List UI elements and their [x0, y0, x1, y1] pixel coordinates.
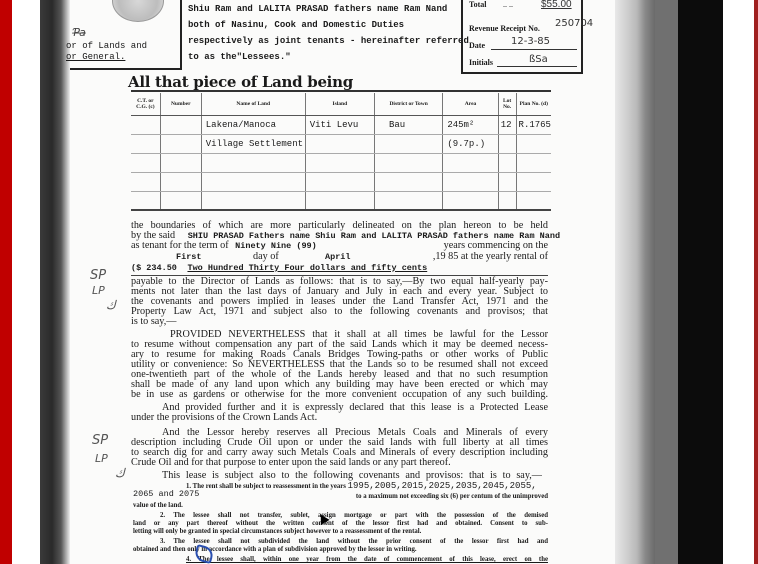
- right-red-border: [754, 0, 758, 564]
- col-ct-cg: C.T. or C.G. (c): [131, 93, 160, 115]
- cell: [160, 115, 201, 134]
- receipt-box: Total .. .. $55.00 Revenue Receipt No. 2…: [461, 0, 583, 74]
- lessee-line: Shiu Ram and LALITA PRASAD fathers name …: [188, 1, 469, 17]
- cell: [131, 153, 160, 172]
- table-row: Village Settlement (9.7p.): [131, 134, 551, 153]
- cell: [374, 172, 442, 191]
- term-value: Ninety Nine (99): [235, 241, 317, 251]
- cell-area: (9.7p.): [443, 134, 498, 153]
- cell-name-of-land: Lakena/Manoca: [201, 115, 305, 134]
- cell: [498, 172, 516, 191]
- lessee-line: to as the"Lessees.": [188, 49, 469, 65]
- cell: [160, 153, 201, 172]
- cell-district: Bau: [374, 115, 442, 134]
- margin-initials-lp: LP: [95, 452, 108, 465]
- left-margin: [12, 0, 40, 564]
- col-number: Number: [160, 93, 201, 115]
- heading-rule: [131, 90, 551, 92]
- term-label: as tenant for the term of: [131, 240, 229, 251]
- land-description-table: C.T. or C.G. (c) Number Name of Land Isl…: [131, 93, 551, 211]
- cell: [201, 172, 305, 191]
- minerals-para-line: Crude Oil and for that purpose to enter …: [131, 458, 548, 469]
- covenant-1-line: value of the land.: [133, 502, 548, 510]
- cell: [374, 153, 442, 172]
- col-plan-no: Plan No. (d): [516, 93, 551, 115]
- total-value: $55.00: [541, 0, 572, 10]
- protected-lease-line: under the provisions of the Crown Lands …: [131, 413, 548, 424]
- term-line: as tenant for the term of Ninety Nine (9…: [131, 241, 548, 252]
- margin-initials-sp: SP: [92, 433, 108, 448]
- payment-para-line: Property Law Act, 1971 and subject also …: [131, 307, 548, 318]
- initials-label: Initials: [469, 58, 493, 67]
- commencement-day: First: [176, 252, 202, 263]
- date-value: 12-3-85: [511, 36, 550, 47]
- table-header-row: C.T. or C.G. (c) Number Name of Land Isl…: [131, 93, 551, 115]
- cell-lot-no: [498, 134, 516, 153]
- issuer-signature: Ƥ̶a̶: [72, 26, 86, 39]
- covenant-2-line: land or any part thereof without the wri…: [133, 520, 548, 528]
- cell: [160, 191, 201, 210]
- year-rental-label: ,19 85 at the yearly rental of: [433, 252, 548, 263]
- cell: [516, 172, 551, 191]
- cell: [305, 153, 374, 172]
- total-dots: .. ..: [503, 0, 513, 9]
- cell: [498, 153, 516, 172]
- col-lot-no: Lot No.: [498, 93, 516, 115]
- cell: [443, 153, 498, 172]
- cell-area: 245m²: [443, 115, 498, 134]
- cell: [443, 191, 498, 210]
- reassessment-years-end: 2065 and 2075: [133, 489, 199, 499]
- covenant-1-line: 2065 and 2075 to a maximum not exceeding…: [133, 491, 548, 499]
- date-label: Date: [469, 41, 485, 50]
- day-of-label: day of: [253, 252, 279, 263]
- table-row: Lakena/Manoca Viti Levu Bau 245m² 12 R.1…: [131, 115, 551, 134]
- lessee-description: Shiu Ram and LALITA PRASAD fathers name …: [188, 1, 469, 65]
- cell: [131, 115, 160, 134]
- cell-island: [305, 134, 374, 153]
- initials-underline: [497, 66, 577, 67]
- scan-background-right: [678, 0, 723, 564]
- initials-value: ßSa: [529, 54, 548, 65]
- margin-initials-lp: LP: [92, 284, 105, 297]
- cell: [131, 134, 160, 153]
- rental-line: ($ 234.50 Two Hundred Thirty Four dollar…: [131, 263, 548, 276]
- page-edge-right: [655, 0, 678, 564]
- covenants-intro: This lease is subject also to the follow…: [162, 471, 542, 482]
- cell-plan-no: R.1765: [516, 115, 551, 134]
- cell-plan-no: [516, 134, 551, 153]
- cell: [160, 134, 201, 153]
- cell: [498, 191, 516, 210]
- table-row: [131, 191, 551, 210]
- page-gutter-right: [615, 0, 655, 564]
- cell: [443, 172, 498, 191]
- boundaries-line: the boundaries of which are more particu…: [131, 221, 548, 232]
- proviso-para-line: be in use as gardens or otherwise for th…: [131, 390, 548, 401]
- cell-island: Viti Levu: [305, 115, 374, 134]
- cell: [201, 153, 305, 172]
- col-area: Area: [443, 93, 498, 115]
- date-underline: [491, 49, 577, 50]
- issuer-title-line2: or General.: [66, 52, 125, 62]
- cell-lot-no: 12: [498, 115, 516, 134]
- cell: [305, 191, 374, 210]
- col-name-of-land: Name of Land: [201, 93, 305, 115]
- covenant-2-line: letting will only be granted in special …: [133, 528, 548, 536]
- table-row: [131, 172, 551, 191]
- col-district: District or Town: [374, 93, 442, 115]
- covenant-3-line: 3. The lessee shall not subdivided the l…: [160, 538, 548, 546]
- covenant-4-line: 4. The lessee shall, within one year fro…: [186, 556, 548, 564]
- right-margin: [723, 0, 754, 564]
- margin-initials-sp: SP: [90, 268, 106, 283]
- cell-name-of-land: Village Settlement: [201, 134, 305, 153]
- cell: [374, 191, 442, 210]
- cell: [160, 172, 201, 191]
- left-red-border: [0, 0, 12, 564]
- cell: [305, 172, 374, 191]
- payment-para-line: is to say,—: [131, 317, 548, 328]
- covenant-1-line: 1. The rent shall be subject to reassess…: [186, 483, 576, 491]
- cell: [516, 153, 551, 172]
- rental-amount: ($ 234.50: [131, 263, 177, 273]
- total-label: Total: [469, 0, 487, 9]
- col-island: Island: [305, 93, 374, 115]
- cell-district: [374, 134, 442, 153]
- rental-amount-words: Two Hundred Thirty Four dollars and fift…: [187, 263, 427, 273]
- covenant-2-line: 2. The lessee shall not transfer, sublet…: [160, 512, 548, 520]
- issuer-title-line1: or of Lands and: [66, 41, 147, 51]
- margin-mark: ﻙ: [115, 466, 125, 480]
- receipt-number-label: Revenue Receipt No.: [469, 24, 540, 33]
- cell: [201, 191, 305, 210]
- cell: [131, 191, 160, 210]
- covenant-1-text: to a maximum not exceeding six (6) per c…: [356, 493, 548, 501]
- cell: [131, 172, 160, 191]
- margin-mark: ﻙ: [106, 298, 116, 312]
- book-spine: [40, 0, 70, 564]
- lessee-line: both of Nasinu, Cook and Domestic Duties: [188, 17, 469, 33]
- lessee-line: respectively as joint tenants - hereinaf…: [188, 33, 469, 49]
- commencing-label: years commencing on the: [444, 241, 548, 252]
- covenant-1-text: 1. The rent shall be subject to reassess…: [186, 483, 346, 490]
- cell: [516, 191, 551, 210]
- section-heading: All that piece of Land being: [128, 73, 353, 91]
- table-row: [131, 153, 551, 172]
- reassessment-years: 1995,2005,2015,2025,2035,2045,2055,: [348, 481, 537, 491]
- receipt-number-value: 250704: [555, 18, 593, 29]
- commencement-month: April: [325, 252, 351, 263]
